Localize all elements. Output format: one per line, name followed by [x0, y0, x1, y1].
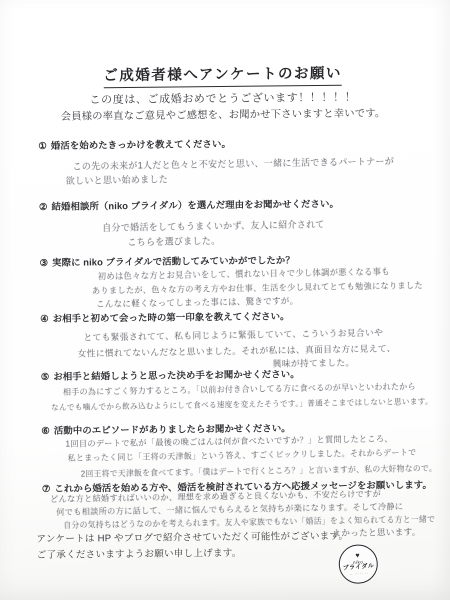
answer-6-line-2: 私とまったく同じ「王将の天津飯」という答え、すごくビックリしました。それからデー…	[68, 447, 417, 464]
stamp-subtext: ·· ····· ··	[349, 571, 368, 577]
question-3: ③実際に niko ブライダルで活動してみていかがでしたか？	[40, 252, 295, 269]
question-1: ①婚活を始めたきっかけを教えてください。	[38, 136, 231, 152]
answer-1-line-2: 欲しいと思い始めました	[66, 172, 169, 187]
question-2-number: ②	[39, 201, 48, 212]
question-4: ④お相手と初めて会った時の第一印象を教えてください。	[40, 308, 290, 325]
title-row: ご成婚者様へアンケートのお願い	[0, 61, 448, 90]
niko-bridal-stamp: ♥ niko ブライダル ·· ····· ··	[337, 543, 379, 585]
answer-2-line-2: こちらを選びました。	[127, 234, 220, 249]
answer-3-line-2: ありましたが、色々な方の考え方やお仕事、生活を少し見れてとても勉強になりました	[92, 280, 423, 296]
question-5: ⑤お相手と結婚しようと思った決め手をお聞かせください。	[41, 366, 300, 383]
scanned-questionnaire-page: ご成婚者様へアンケートのお願い この度は、ご成婚おめでとうございます！！！！！ …	[0, 0, 450, 600]
question-5-number: ⑤	[41, 371, 50, 382]
question-4-text: お相手と初めて会った時の第一印象を教えてください。	[53, 310, 290, 323]
question-2-text: 結婚相談所（niko ブライダル）を選んだ理由をお聞かせください。	[51, 198, 339, 212]
question-5-text: お相手と結婚しようと思った決め手をお聞かせください。	[53, 368, 299, 382]
question-6: ⑥活動中のエピソードがありましたらお聞かせください。	[41, 420, 291, 437]
question-7-number: ⑦	[42, 483, 51, 494]
question-2: ②結婚相談所（niko ブライダル）を選んだ理由をお聞かせください。	[39, 196, 339, 213]
answer-2-line-1: 自分で婚活をしてもうまくいかず、友人に紹介されて	[102, 217, 325, 234]
question-1-text: 婚活を始めたきっかけを教えてください。	[51, 138, 231, 151]
page-title: ご成婚者様へアンケートのお願い	[103, 62, 342, 88]
question-6-text: 活動中のエピソードがありましたらお聞かせください。	[54, 422, 291, 435]
question-1-number: ①	[38, 140, 47, 151]
question-3-text: 実際に niko ブライダルで活動してみていかがでしたか？	[52, 254, 295, 268]
question-3-number: ③	[40, 257, 49, 268]
answer-1-line-1: この先の未来が1人だと色々と不安だと思い、一緒に生活できるパートナーが	[72, 154, 394, 172]
page-content: ご成婚者様へアンケートのお願い この度は、ご成婚おめでとうございます！！！！！ …	[0, 0, 450, 600]
footer-notice-line-2: ご了承くださいますようお願い申し上げます。	[37, 545, 242, 561]
question-4-number: ④	[40, 313, 49, 324]
footer-notice-line-1: アンケートは HP やブログで紹介させていただく可能性がございます。	[36, 528, 348, 545]
answer-5-line-1: 相手の為にすごく努力するところ。「以前お付き合いしてる方に食べるのが早いといわれ…	[63, 381, 416, 398]
answer-5-line-2: なんでも噛んでから飲み込むようにして食べる速度を変えたそうです。」普通そこまでは…	[51, 396, 433, 413]
question-6-number: ⑥	[41, 425, 50, 436]
answer-4-line-1: とても緊張されてて、私も同じように緊張していて、こういうお見合いや	[83, 325, 383, 343]
answer-3-line-1: 初めは色々な方とお見合いをして、慣れない日々で少し体調が悪くなる事も	[98, 265, 390, 282]
